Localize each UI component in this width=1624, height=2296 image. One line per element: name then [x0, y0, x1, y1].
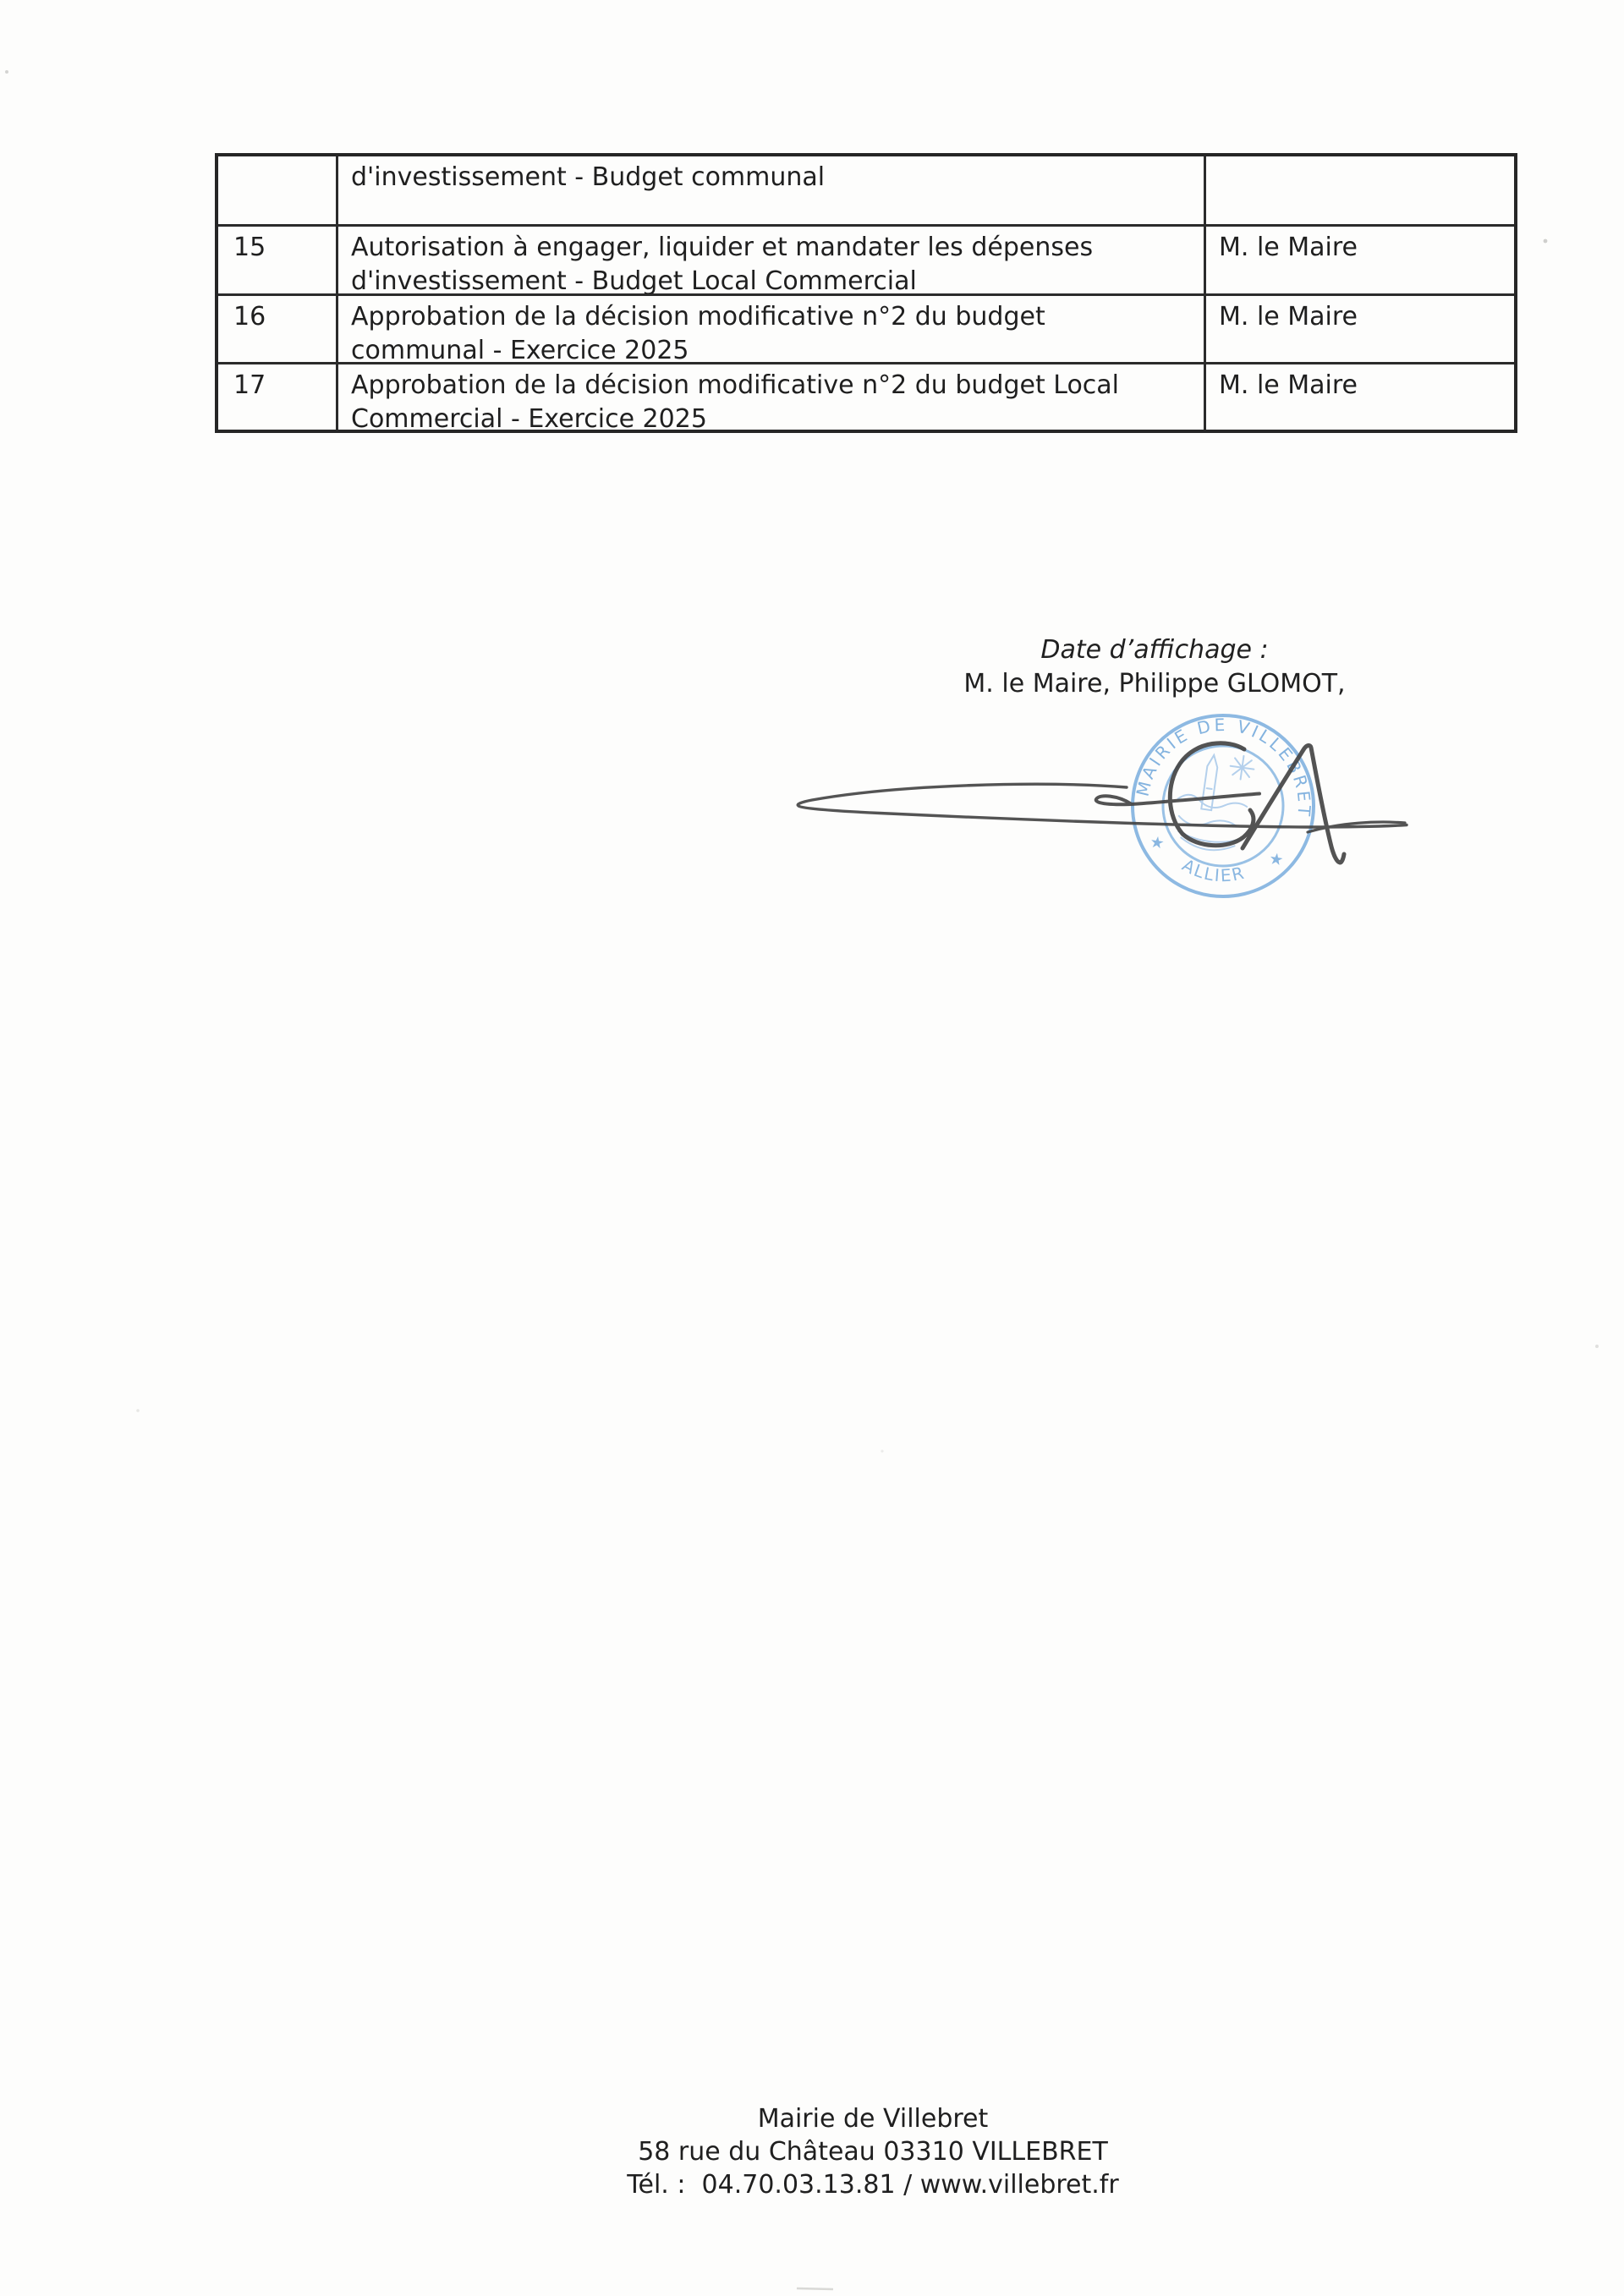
footer-town-name: Mairie de Villebret: [577, 2102, 1169, 2135]
row-number: 17: [218, 362, 336, 430]
stamp-outer-ring: [1121, 704, 1325, 908]
row-rapporteur: M. le Maire: [1204, 362, 1514, 430]
signature-hook: [1096, 794, 1259, 805]
footer-phone-website: Tél. : 04.70.03.13.81 / www.villebret.fr: [577, 2168, 1169, 2201]
stamp-arc-text: MAIRIE DE VILLEBRET: [1132, 703, 1326, 821]
stamp-bottom-text: ALLIER: [1177, 853, 1249, 890]
row-rapporteur: [1204, 156, 1514, 224]
row-rapporteur: M. le Maire: [1204, 224, 1514, 293]
signature-letter-a: [1243, 745, 1344, 863]
row-title: Autorisation à engager, liquider et mand…: [336, 224, 1204, 293]
row-title: d'investissement - Budget communal: [336, 156, 1204, 224]
date-affichage-label: Date d’affichage :: [859, 633, 1451, 667]
mairie-round-stamp: MAIRIE DE VILLEBRET ALLIER ★ ★: [1120, 703, 1327, 908]
signature-letter-c: [1170, 743, 1254, 846]
signature-flourish: [798, 784, 1407, 827]
row-rapporteur: M. le Maire: [1204, 293, 1514, 362]
scanned-document-page: d'investissement - Budget communal 15 Au…: [0, 0, 1624, 2296]
stamp-star-left-icon: ★: [1149, 833, 1166, 853]
row-number: [218, 156, 336, 224]
signatory-line: M. le Maire, Philippe GLOMOT,: [859, 667, 1451, 701]
agenda-table: d'investissement - Budget communal 15 Au…: [215, 153, 1517, 433]
row-title: Approbation de la décision modificative …: [336, 362, 1204, 430]
row-number: 15: [218, 224, 336, 293]
signature-block: Date d’affichage : M. le Maire, Philippe…: [859, 633, 1451, 701]
footer-street-address: 58 rue du Château 03310 VILLEBRET: [577, 2135, 1169, 2168]
stamp-inner-ring: [1155, 738, 1291, 874]
stamp-crest: [1171, 748, 1255, 854]
signature-scrawl: [798, 743, 1407, 863]
row-title: Approbation de la décision modificative …: [336, 293, 1204, 362]
stamp-star-right-icon: ★: [1268, 849, 1285, 869]
row-number: 16: [218, 293, 336, 362]
signature-flourish-cross: [1308, 822, 1405, 832]
footer-address-block: Mairie de Villebret 58 rue du Château 03…: [577, 2102, 1169, 2201]
